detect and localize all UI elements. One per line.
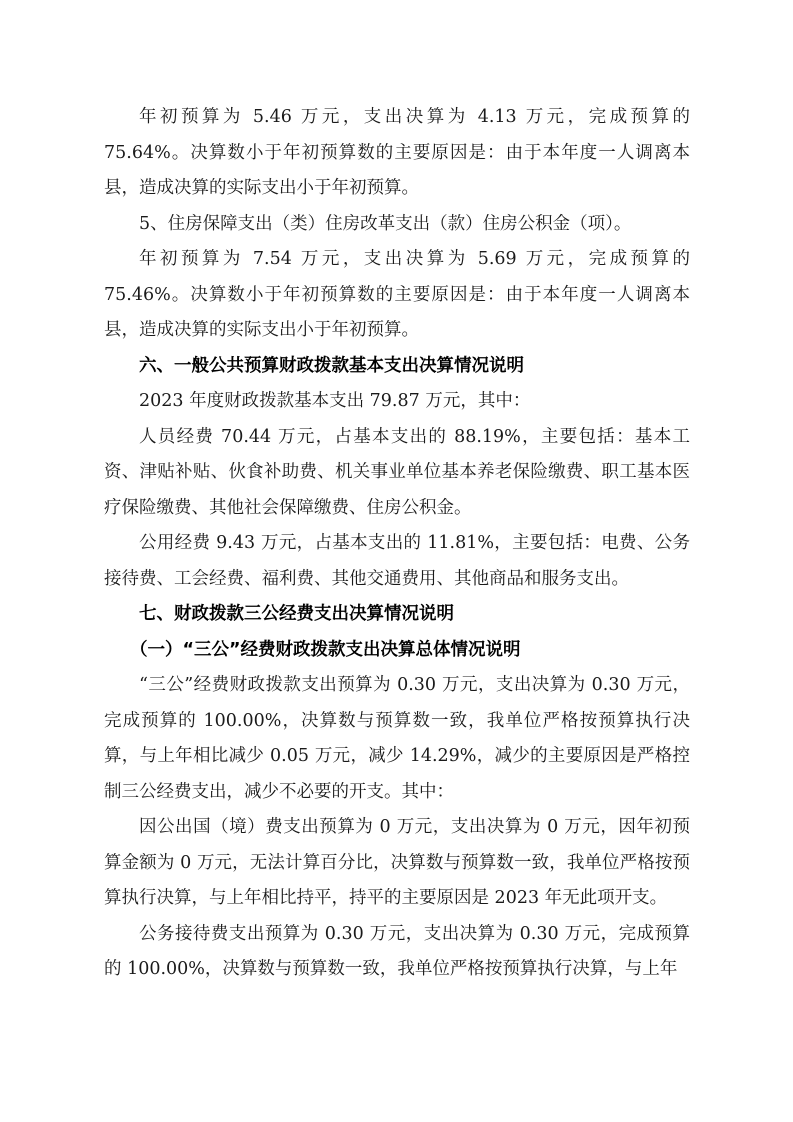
section-heading-7: 七、财政拨款三公经费支出决算情况说明 [104,597,690,633]
paragraph-budget-item-4: 年初预算为 5.46 万元，支出决算为 4.13 万元，完成预算的75.64%。… [104,100,690,207]
paragraph-three-public-overview: “三公”经费财政拨款支出预算为 0.30 万元，支出决算为 0.30 万元，完成… [104,668,690,810]
paragraph-public-expenses: 公用经费 9.43 万元，占基本支出的 11.81%，主要包括：电费、公务接待费… [104,526,690,597]
paragraph-basic-expenditure-total: 2023 年度财政拨款基本支出 79.87 万元，其中： [104,384,690,420]
paragraph-overseas-travel: 因公出国（境）费支出预算为 0 万元，支出决算为 0 万元，因年初预算金额为 0… [104,810,690,917]
paragraph-personnel-expenses: 人员经费 70.44 万元，占基本支出的 88.19%，主要包括：基本工资、津贴… [104,420,690,527]
paragraph-budget-item-5: 年初预算为 7.54 万元，支出决算为 5.69 万元，完成预算的75.46%。… [104,242,690,349]
paragraph-official-reception: 公务接待费支出预算为 0.30 万元，支出决算为 0.30 万元，完成预算的 1… [104,917,690,988]
paragraph-item-5-title: 5、住房保障支出（类）住房改革支出（款）住房公积金（项）。 [104,207,690,243]
subsection-heading-7-1: （一）“三公”经费财政拨款支出决算总体情况说明 [104,633,690,669]
section-heading-6: 六、一般公共预算财政拨款基本支出决算情况说明 [104,349,690,385]
document-page: 年初预算为 5.46 万元，支出决算为 4.13 万元，完成预算的75.64%。… [104,100,690,988]
